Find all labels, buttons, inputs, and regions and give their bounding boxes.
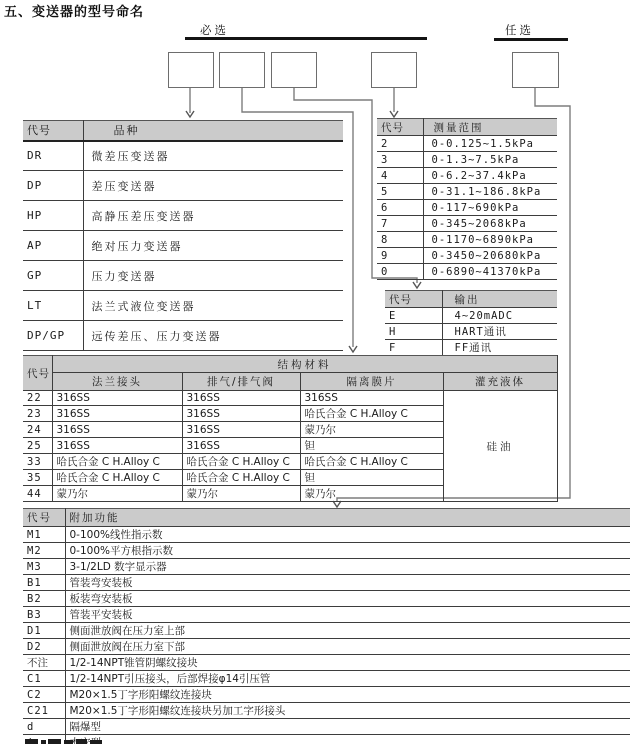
addon-code-cell: B2 [23,591,65,607]
model-segment-box-variety [168,52,214,88]
table-row: 70-345~2068kPa [377,216,557,232]
output-value-cell: FF通讯 [442,340,557,356]
material-code-cell: 23 [23,406,52,422]
variety-code-cell: GP [23,261,83,291]
arrow-down-icon [390,111,398,117]
output-table: 代号 输出 E4~20mADC HHART通讯 FFF通讯 [385,290,557,356]
material-code-cell: 22 [23,391,52,406]
material-code-cell: 35 [23,470,52,486]
material-flange-cell: 哈氏合金 C H.Alloy C [52,470,182,486]
addon-code-cell: 不注 [23,655,65,671]
addon-code-cell: C2 [23,687,65,703]
table-row: 20-0.125~1.5kPa [377,136,557,152]
arrow-down-icon [349,346,357,352]
optional-group-underline [494,38,568,41]
table-row: C21M20×1.5丁字形阳螺纹连接块另加工字形接头 [23,703,630,719]
addon-func-cell: 侧面泄放阀在压力室上部 [65,623,630,639]
material-group-header: 结构材料 [52,356,557,373]
table-row: 50-31.1~186.8kPa [377,184,557,200]
material-code-cell: 25 [23,438,52,454]
material-vent-cell: 哈氏合金 C H.Alloy C [182,470,300,486]
output-value-cell: 4~20mADC [442,308,557,324]
addon-func-header: 附加功能 [65,509,630,527]
table-row: i本安型 [23,735,630,744]
table-row: D2侧面泄放阀在压力室下部 [23,639,630,655]
range-table: 代号 测量范围 20-0.125~1.5kPa 30-1.3~7.5kPa 40… [377,118,557,280]
range-value-cell: 0-0.125~1.5kPa [423,136,557,152]
variety-name-cell: 法兰式液位变送器 [83,291,343,321]
range-code-cell: 7 [377,216,423,232]
material-diaphragm-cell: 蒙乃尔 [300,422,443,438]
required-group-underline [185,37,427,40]
material-diaphragm-cell: 蒙乃尔 [300,486,443,502]
material-code-header: 代号 [23,356,52,391]
range-header: 测量范围 [423,119,557,136]
variety-name-cell: 高静压差压变送器 [83,201,343,231]
addon-func-cell: 本安型 [65,735,630,744]
output-code-header: 代号 [385,291,442,308]
material-flange-cell: 316SS [52,438,182,454]
table-row: FFF通讯 [385,340,557,356]
addon-code-cell: C21 [23,703,65,719]
addon-table: 代号 附加功能 M10-100%线性指示数 M20-100%平方根指示数 M33… [23,508,630,744]
addon-func-cell: 侧面泄放阀在压力室下部 [65,639,630,655]
range-value-cell: 0-3450~20680kPa [423,248,557,264]
addon-code-cell: D2 [23,639,65,655]
table-row: d隔爆型 [23,719,630,735]
table-row: M20-100%平方根指示数 [23,543,630,559]
table-row: E4~20mADC [385,308,557,324]
material-code-cell: 24 [23,422,52,438]
table-row: 不注1/2-14NPT锥管阴螺纹接块 [23,655,630,671]
table-row: HP高静压差压变送器 [23,201,343,231]
variety-name-cell: 远传差压、压力变送器 [83,321,343,351]
addon-code-cell: B1 [23,575,65,591]
material-table: 代号 结构材料 法兰接头 排气/排气阀 隔离膜片 灌充液体 22 316SS 3… [23,355,558,502]
variety-code-cell: DR [23,141,83,171]
addon-code-cell: M1 [23,527,65,543]
variety-name-header: 品种 [83,121,343,141]
range-value-cell: 0-1170~6890kPa [423,232,557,248]
addon-func-cell: 0-100%平方根指示数 [65,543,630,559]
table-row: 22 316SS 316SS 316SS 硅油 [23,391,557,406]
optional-group-label: 任选 [505,22,534,38]
material-flange-cell: 316SS [52,422,182,438]
addon-func-cell: 1/2-14NPT锥管阴螺纹接块 [65,655,630,671]
addon-func-cell: 3-1/2LD 数字显示器 [65,559,630,575]
material-fill-header: 灌充液体 [443,373,557,391]
material-flange-cell: 蒙乃尔 [52,486,182,502]
required-group-label: 必选 [200,22,229,38]
table-row: 30-1.3~7.5kPa [377,152,557,168]
table-row: B1管装弯安装板 [23,575,630,591]
range-code-cell: 8 [377,232,423,248]
range-value-cell: 0-6890~41370kPa [423,264,557,280]
material-vent-cell: 316SS [182,422,300,438]
variety-code-cell: LT [23,291,83,321]
range-code-cell: 2 [377,136,423,152]
material-flange-header: 法兰接头 [52,373,182,391]
material-vent-cell: 316SS [182,391,300,406]
material-diaphragm-cell: 哈氏合金 C H.Alloy C [300,454,443,470]
range-value-cell: 0-6.2~37.4kPa [423,168,557,184]
variety-code-cell: AP [23,231,83,261]
material-diaphragm-cell: 钽 [300,470,443,486]
table-row: M10-100%线性指示数 [23,527,630,543]
range-value-cell: 0-1.3~7.5kPa [423,152,557,168]
addon-func-cell: 管装平安装板 [65,607,630,623]
variety-code-header: 代号 [23,121,83,141]
variety-name-cell: 微差压变送器 [83,141,343,171]
material-diaphragm-cell: 钽 [300,438,443,454]
material-vent-header: 排气/排气阀 [182,373,300,391]
addon-func-cell: M20×1.5丁字形阳螺纹连接块另加工字形接头 [65,703,630,719]
table-row: DP差压变送器 [23,171,343,201]
output-code-cell: E [385,308,442,324]
table-row: B2板装弯安装板 [23,591,630,607]
material-diaphragm-cell: 哈氏合金 C H.Alloy C [300,406,443,422]
addon-func-cell: 1/2-14NPT引压接头，后部焊接φ14引压管 [65,671,630,687]
material-diaphragm-header: 隔离膜片 [300,373,443,391]
addon-code-header: 代号 [23,509,65,527]
material-vent-cell: 蒙乃尔 [182,486,300,502]
variety-name-cell: 绝对压力变送器 [83,231,343,261]
material-code-cell: 44 [23,486,52,502]
material-flange-cell: 316SS [52,391,182,406]
section-title: 五、变送器的型号命名 [4,1,144,20]
output-code-cell: H [385,324,442,340]
addon-func-cell: M20×1.5丁字形阳螺纹连接块 [65,687,630,703]
table-row: B3管装平安装板 [23,607,630,623]
range-value-cell: 0-345~2068kPa [423,216,557,232]
table-row: GP压力变送器 [23,261,343,291]
model-segment-box-addon [512,52,559,88]
table-row: 90-3450~20680kPa [377,248,557,264]
table-row: D1侧面泄放阀在压力室上部 [23,623,630,639]
addon-code-cell: M3 [23,559,65,575]
material-flange-cell: 316SS [52,406,182,422]
material-vent-cell: 316SS [182,438,300,454]
variety-code-cell: DP [23,171,83,201]
addon-func-cell: 板装弯安装板 [65,591,630,607]
range-code-cell: 6 [377,200,423,216]
material-vent-cell: 哈氏合金 C H.Alloy C [182,454,300,470]
range-code-cell: 3 [377,152,423,168]
range-code-header: 代号 [377,119,423,136]
material-fill-fluid-cell: 硅油 [443,391,557,502]
range-code-cell: 4 [377,168,423,184]
table-row: 40-6.2~37.4kPa [377,168,557,184]
range-value-cell: 0-31.1~186.8kPa [423,184,557,200]
material-code-cell: 33 [23,454,52,470]
material-diaphragm-cell: 316SS [300,391,443,406]
model-segment-box-material [219,52,265,88]
addon-code-cell: B3 [23,607,65,623]
output-code-cell: F [385,340,442,356]
table-row: C11/2-14NPT引压接头，后部焊接φ14引压管 [23,671,630,687]
range-value-cell: 0-117~690kPa [423,200,557,216]
variety-code-cell: HP [23,201,83,231]
addon-code-cell: d [23,719,65,735]
table-row: HHART通讯 [385,324,557,340]
table-row: 00-6890~41370kPa [377,264,557,280]
addon-code-cell: M2 [23,543,65,559]
table-row: DR微差压变送器 [23,141,343,171]
variety-name-cell: 差压变送器 [83,171,343,201]
variety-code-cell: DP/GP [23,321,83,351]
table-row: AP绝对压力变送器 [23,231,343,261]
table-row: 60-117~690kPa [377,200,557,216]
arrow-down-icon [186,111,194,117]
document-page: 五、变送器的型号命名 必选 任选 代号 品种 DR微差压变 [0,0,643,744]
table-row: DP/GP远传差压、压力变送器 [23,321,343,351]
addon-code-cell: D1 [23,623,65,639]
range-code-cell: 9 [377,248,423,264]
output-header: 输出 [442,291,557,308]
addon-func-cell: 隔爆型 [65,719,630,735]
addon-code-cell: C1 [23,671,65,687]
addon-func-cell: 0-100%线性指示数 [65,527,630,543]
range-code-cell: 5 [377,184,423,200]
variety-table: 代号 品种 DR微差压变送器 DP差压变送器 HP高静压差压变送器 AP绝对压力… [23,120,343,351]
output-value-cell: HART通讯 [442,324,557,340]
table-row: M33-1/2LD 数字显示器 [23,559,630,575]
arrow-down-icon [413,282,421,288]
model-segment-box-output [271,52,317,88]
material-flange-cell: 哈氏合金 C H.Alloy C [52,454,182,470]
range-code-cell: 0 [377,264,423,280]
table-row: LT法兰式液位变送器 [23,291,343,321]
model-segment-box-range [371,52,417,88]
variety-name-cell: 压力变送器 [83,261,343,291]
material-vent-cell: 316SS [182,406,300,422]
table-row: 80-1170~6890kPa [377,232,557,248]
table-row: C2M20×1.5丁字形阳螺纹连接块 [23,687,630,703]
addon-func-cell: 管装弯安装板 [65,575,630,591]
